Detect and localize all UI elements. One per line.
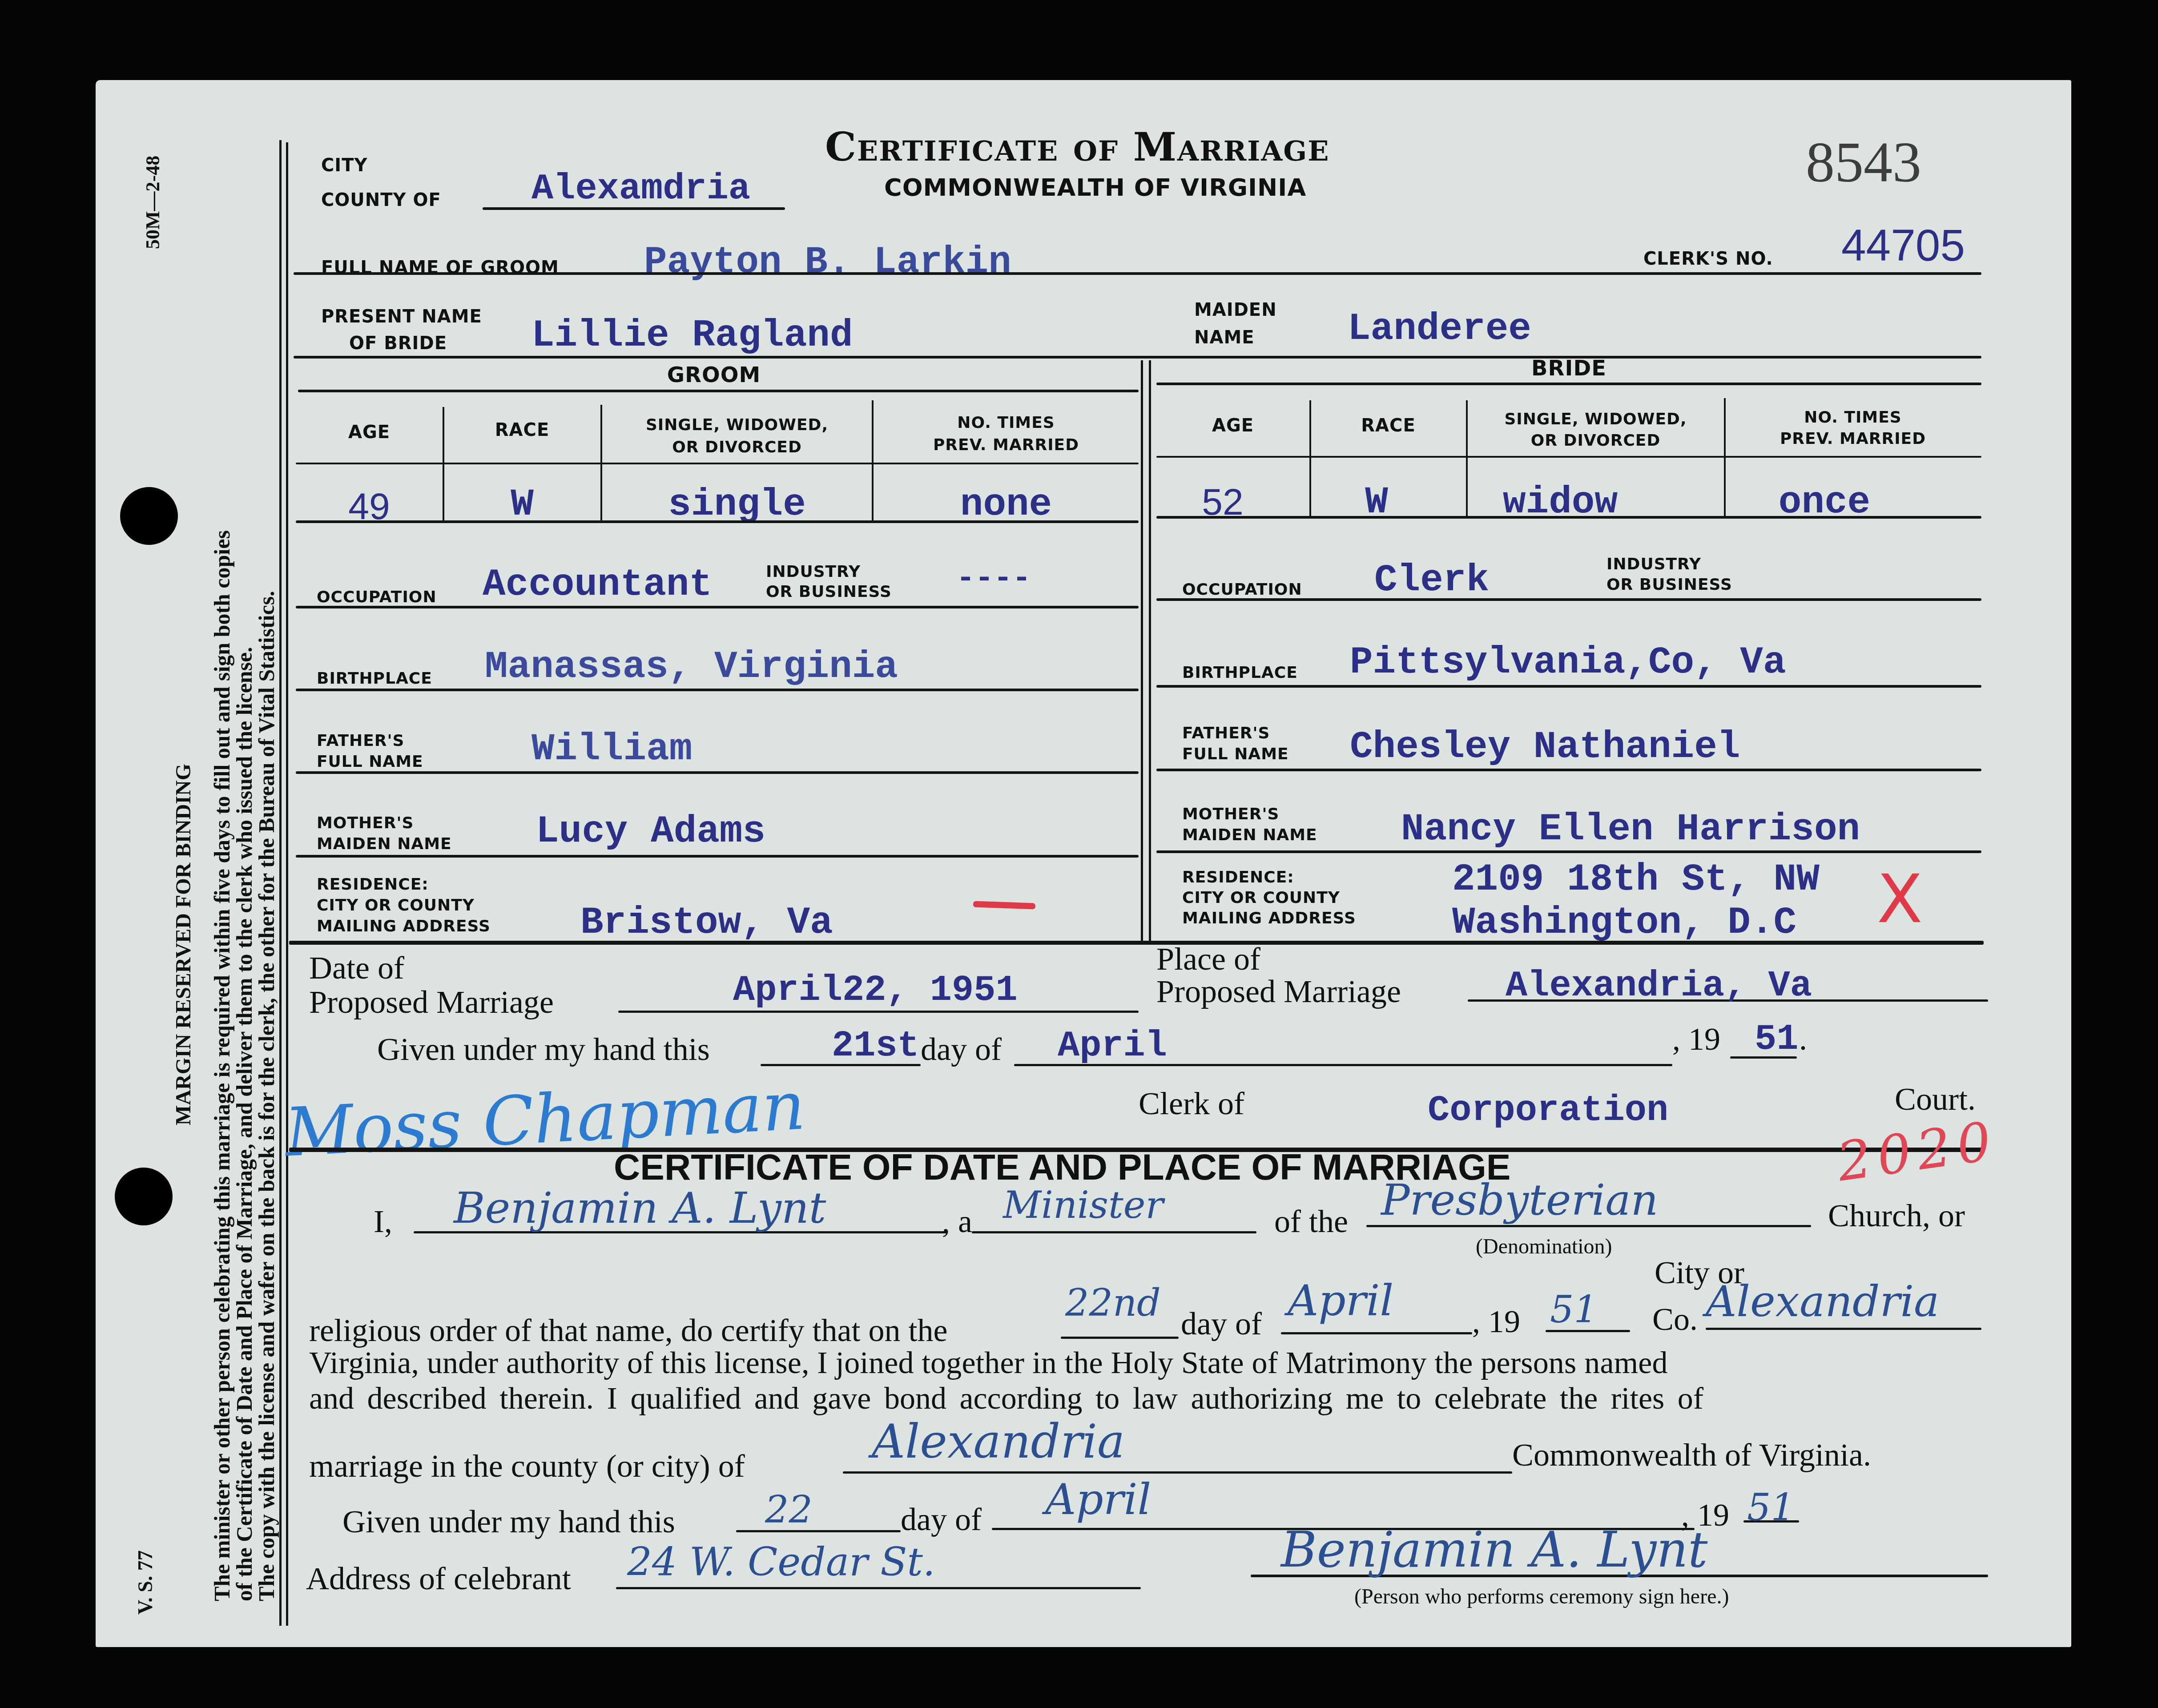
groom-industry-label-2: or Business	[766, 583, 892, 601]
city-label: City	[321, 156, 368, 175]
bride-father-label-1: Father's	[1182, 724, 1270, 743]
officiant-title-value[interactable]: Minister	[1003, 1183, 1164, 1227]
bride-residence-line1[interactable]: 2109 18th St, NW	[1452, 858, 1820, 901]
bride-father-label-2: Full Name	[1182, 745, 1289, 764]
groom-mother-label-2: Maiden Name	[317, 835, 452, 854]
groom-values-line	[296, 520, 1139, 523]
form-number: V. S. 77	[133, 1550, 157, 1615]
a-label: , a	[942, 1203, 972, 1240]
matrimony-line-text: Virginia, under authority of this licens…	[309, 1345, 1668, 1381]
date-of-label: Date of	[309, 950, 404, 987]
groom-mother-line	[296, 855, 1139, 858]
clerk-given-label: Given under my hand this	[377, 1031, 710, 1068]
co-label: Co.	[1652, 1301, 1698, 1338]
marriage-county-line	[843, 1471, 1512, 1474]
groom-times-value[interactable]: none	[873, 483, 1139, 526]
groom-father-line	[296, 771, 1139, 774]
groom-industry-label-1: Industry	[766, 563, 861, 581]
officiant-name-value[interactable]: Benjamin A. Lynt	[454, 1183, 826, 1233]
margin-instruction-3: The copy with the license and wafer on t…	[254, 591, 279, 1601]
bride-title-line	[1156, 383, 1981, 385]
binding-hole-top	[120, 487, 178, 545]
place-of-label: Place of	[1156, 941, 1260, 978]
proposed-marriage-label-left: Proposed Marriage	[309, 984, 554, 1021]
bride-times-header-1: No. Times	[1724, 408, 1981, 427]
groom-father-value[interactable]: William	[531, 727, 692, 771]
denomination-line	[1366, 1225, 1811, 1227]
county-value[interactable]: Alexamdria	[531, 168, 750, 209]
red-x-mark: X	[1877, 861, 1923, 938]
commonwealth-label: Commonwealth of Virginia.	[1512, 1437, 1871, 1474]
certify-month-value[interactable]: April	[1288, 1276, 1393, 1325]
groom-birthplace-line	[296, 689, 1139, 691]
groom-section-title: GROOM	[294, 363, 1134, 387]
celebrant-year-value[interactable]: 51	[1747, 1486, 1795, 1529]
bride-residence-label-1: Residence:	[1182, 868, 1294, 887]
proposed-marriage-label-right: Proposed Marriage	[1156, 973, 1401, 1010]
of-the-label: of the	[1274, 1203, 1348, 1240]
groom-name-line	[294, 272, 1981, 275]
certify-city-line	[1706, 1328, 1981, 1330]
bride-occupation-line	[1156, 598, 1981, 601]
bride-present-name-label-2: of Bride	[349, 334, 447, 353]
groom-mother-value[interactable]: Lucy Adams	[536, 810, 765, 853]
bride-industry-label-1: Industry	[1606, 555, 1701, 574]
certify-city-value[interactable]: Alexandria	[1706, 1277, 1939, 1326]
bride-header-line	[1156, 456, 1981, 458]
celebrant-day-value[interactable]: 22	[765, 1488, 813, 1531]
certify-day-line	[1061, 1337, 1179, 1339]
denomination-caption: (Denomination)	[1476, 1234, 1612, 1259]
celebrant-month-value[interactable]: April	[1045, 1474, 1151, 1524]
binding-note: MARGIN RESERVED FOR BINDING	[171, 764, 196, 1125]
groom-mother-label-1: Mother's	[317, 814, 414, 833]
groom-status-value[interactable]: single	[601, 483, 873, 526]
column-divider-right	[1149, 360, 1151, 943]
clerk-year-value[interactable]: 51	[1755, 1019, 1798, 1060]
clerk-month-value[interactable]: April	[1058, 1025, 1167, 1067]
certificate-title: Certificate of Marriage	[825, 124, 1330, 170]
celebrant-address-line	[616, 1587, 1141, 1589]
stamp-number: 8543	[1806, 129, 1921, 196]
groom-times-header-2: Prev. Married	[873, 436, 1139, 455]
proposed-date-value[interactable]: April22, 1951	[733, 970, 1018, 1011]
bond-line-text: and described therein. I qualified and g…	[309, 1381, 1703, 1417]
groom-occupation-label: Occupation	[317, 588, 437, 607]
bride-occupation-label: Occupation	[1182, 580, 1302, 599]
celebrant-address-label: Address of celebrant	[306, 1560, 571, 1597]
church-or-label: Church, or	[1828, 1197, 1965, 1234]
officiant-title-line	[972, 1231, 1256, 1233]
bride-residence-label-3: Mailing Address	[1182, 909, 1356, 928]
bride-father-line	[1156, 769, 1981, 771]
groom-status-header-2: or Divorced	[601, 438, 873, 457]
i-label: I,	[374, 1203, 392, 1240]
groom-title-line	[298, 390, 1139, 392]
denomination-value[interactable]: Presbyterian	[1381, 1175, 1658, 1225]
form-border-left-inner	[286, 142, 288, 1626]
county-line-text: marriage in the county (or city) of	[309, 1448, 745, 1485]
proposed-place-value[interactable]: Alexandria, Va	[1506, 965, 1812, 1007]
certify-month-line	[1281, 1332, 1472, 1334]
bride-industry-label-2: or Business	[1606, 576, 1732, 594]
bride-mother-label-2: Maiden Name	[1182, 826, 1317, 845]
groom-name-value[interactable]: Payton B. Larkin	[644, 240, 1011, 284]
form-border-left-outer	[279, 140, 282, 1626]
clerk-year-line	[1730, 1056, 1797, 1059]
bride-mother-value[interactable]: Nancy Ellen Harrison	[1401, 807, 1860, 851]
clerk-of-label: Clerk of	[1139, 1085, 1244, 1122]
commonwealth-subtitle: Commonwealth of Virginia	[884, 173, 1306, 201]
celebrant-day-of-label: day of	[901, 1501, 982, 1538]
bride-birthplace-value[interactable]: Pittsylvania,Co, Va	[1350, 640, 1786, 684]
bride-status-header-2: or Divorced	[1467, 431, 1724, 450]
celebrant-address-value[interactable]: 24 W. Cedar St.	[627, 1539, 935, 1585]
bride-present-name-label-1: Present Name	[321, 307, 482, 326]
bride-birthplace-label: Birthplace	[1182, 664, 1298, 682]
column-divider-left	[1141, 360, 1143, 943]
groom-header-line	[296, 463, 1139, 464]
clerk-year-prefix: , 19	[1672, 1021, 1720, 1058]
groom-residence-label-2: City or County	[317, 896, 475, 915]
clerks-no-label: Clerk's No.	[1643, 249, 1773, 269]
groom-father-label-1: Father's	[317, 732, 404, 750]
signature-caption: (Person who performs ceremony sign here.…	[1354, 1584, 1729, 1609]
court-value[interactable]: Corporation	[1428, 1090, 1668, 1131]
celebrant-signature[interactable]: Benjamin A. Lynt	[1281, 1521, 1707, 1578]
bride-times-header-2: Prev. Married	[1724, 430, 1981, 448]
groom-status-header-1: Single, Widowed,	[601, 416, 873, 435]
groom-occupation-line	[296, 606, 1139, 608]
bride-status-header-1: Single, Widowed,	[1467, 410, 1724, 429]
clerk-day-of-label: day of	[921, 1031, 1002, 1068]
groom-race-value[interactable]: W	[443, 483, 601, 526]
groom-residence-label-3: Mailing Address	[317, 917, 491, 936]
maiden-name-label-1: Maiden	[1194, 300, 1277, 320]
bride-residence-line2[interactable]: Washington, D.C	[1452, 901, 1796, 944]
groom-occupation-value[interactable]: Accountant	[483, 563, 712, 606]
celebrant-day-line	[736, 1530, 901, 1532]
bride-values-line	[1156, 516, 1981, 519]
bride-present-name-value[interactable]: Lillie Ragland	[531, 314, 853, 357]
county-of-label: County of	[321, 190, 441, 210]
certify-year-prefix: , 19	[1472, 1303, 1520, 1340]
bride-age-header: Age	[1156, 416, 1310, 435]
residence-bottom-line	[289, 941, 1984, 945]
clerk-year-period: .	[1799, 1021, 1807, 1058]
groom-industry-value[interactable]: ----	[956, 561, 1031, 596]
groom-age-header: Age	[296, 423, 443, 442]
groom-birthplace-label: Birthplace	[317, 669, 432, 688]
clerk-given-day-value[interactable]: 21st	[832, 1025, 919, 1067]
groom-father-label-2: Full Name	[317, 753, 423, 771]
court-label: Court.	[1895, 1081, 1976, 1118]
groom-residence-label-1: Residence:	[317, 875, 429, 894]
maiden-name-value[interactable]: Landeree	[1348, 307, 1531, 350]
bride-residence-label-2: City or County	[1182, 889, 1340, 907]
bride-occupation-value[interactable]: Clerk	[1374, 558, 1489, 602]
bride-mother-label-1: Mother's	[1182, 805, 1279, 824]
maiden-name-label-2: Name	[1194, 328, 1255, 347]
certificate-section-title: CERTIFICATE OF DATE AND PLACE OF MARRIAG…	[614, 1147, 1511, 1188]
bride-race-header: Race	[1310, 416, 1467, 435]
groom-birthplace-value[interactable]: Manassas, Virginia	[485, 645, 898, 689]
binding-hole-bottom	[115, 1168, 173, 1225]
form-code: 50M—2-48	[141, 156, 164, 249]
certify-day-of-label: day of	[1181, 1305, 1262, 1342]
groom-times-header-1: No. Times	[873, 414, 1139, 432]
groom-race-header: Race	[443, 420, 601, 440]
certify-line-text: religious order of that name, do certify…	[309, 1312, 948, 1349]
bride-mother-line	[1156, 850, 1981, 853]
marriage-county-value[interactable]: Alexandria	[872, 1414, 1125, 1469]
bride-father-value[interactable]: Chesley Nathaniel	[1350, 725, 1740, 769]
bride-section-title: BRIDE	[1156, 356, 1981, 381]
celebrant-given-label: Given under my hand this	[342, 1503, 675, 1540]
clerks-no-value[interactable]: 44705	[1841, 220, 1965, 271]
groom-residence-value[interactable]: Bristow, Va	[580, 901, 833, 944]
bride-birthplace-line	[1156, 685, 1981, 688]
certify-day-value[interactable]: 22nd	[1065, 1281, 1161, 1325]
certify-year-value[interactable]: 51	[1550, 1288, 1598, 1331]
